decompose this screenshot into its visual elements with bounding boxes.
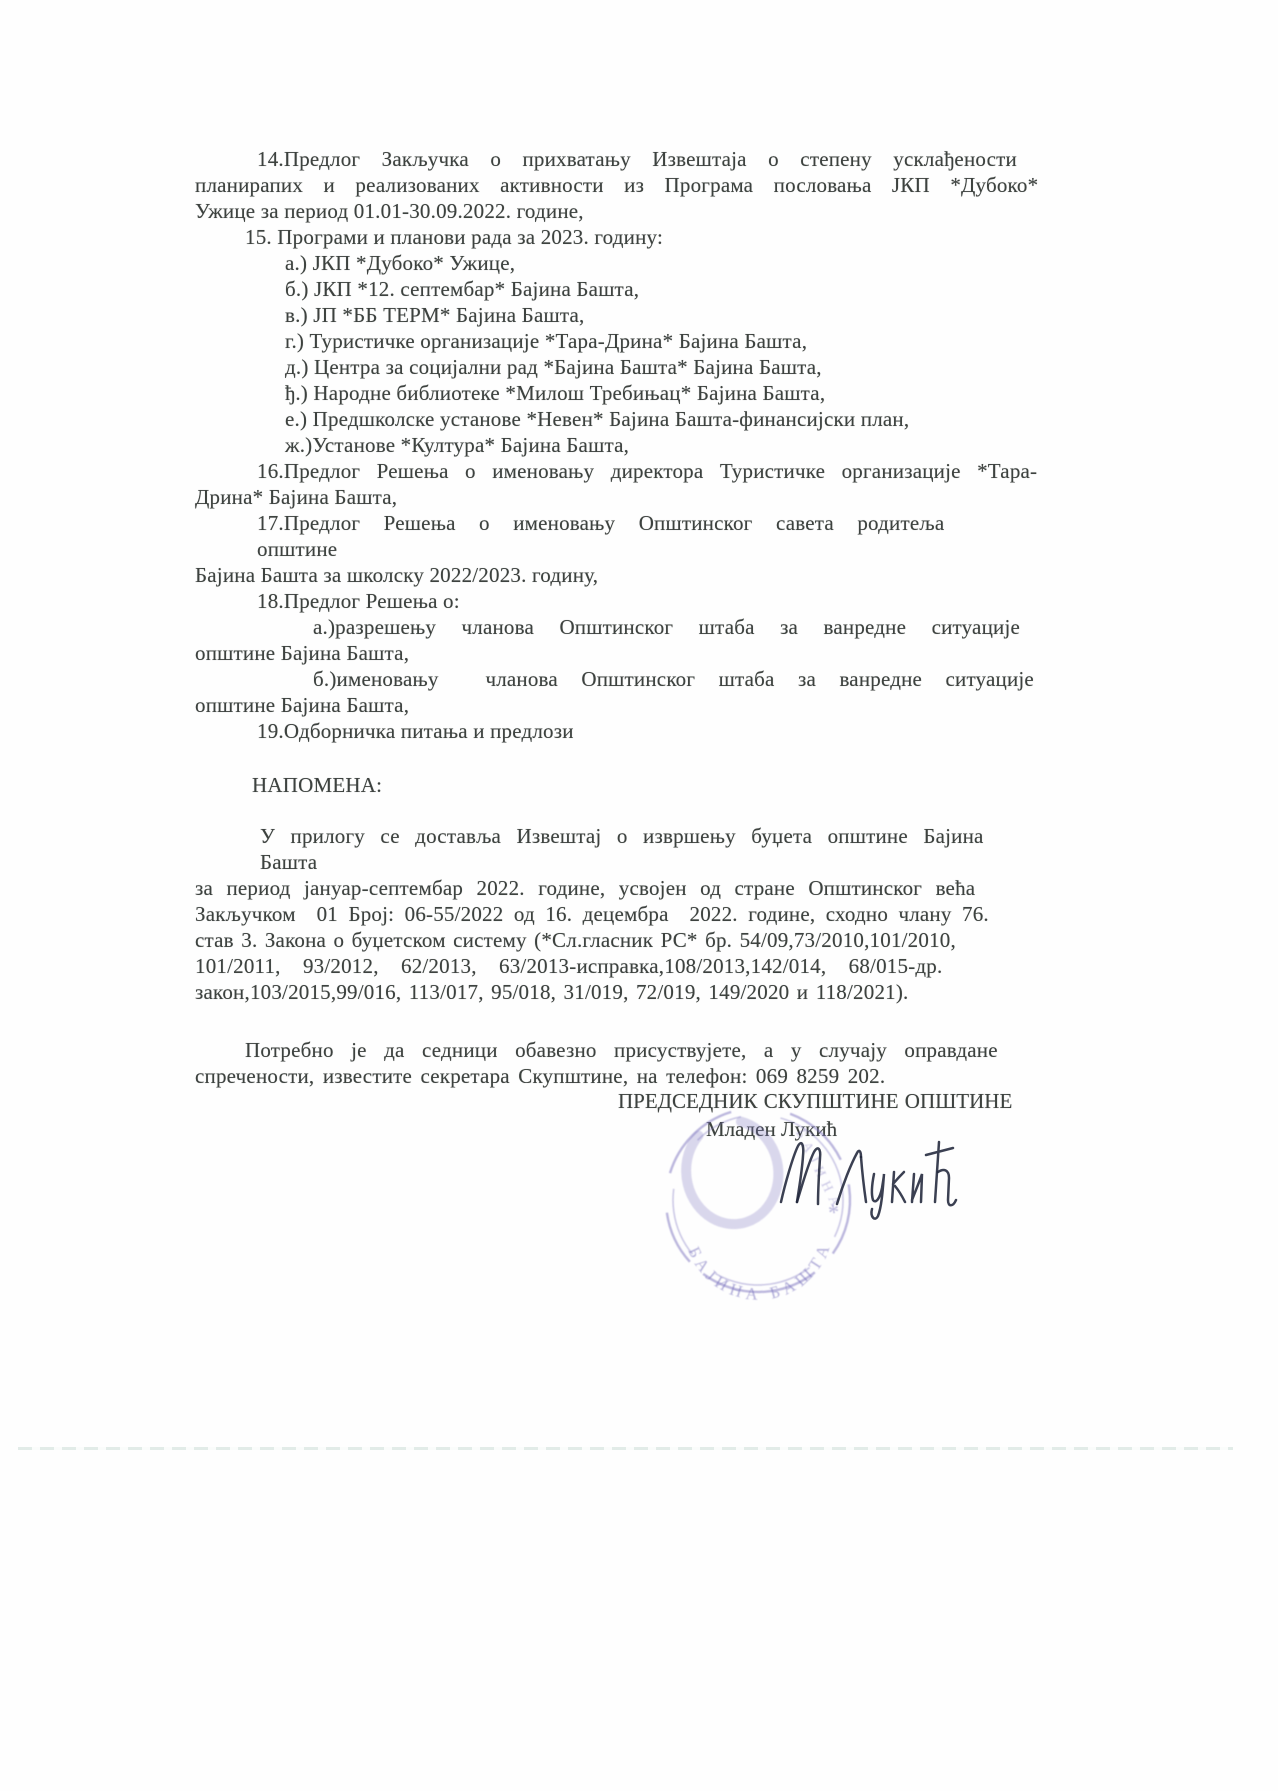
agenda-item-15d: д.) Центра за социјални рад *Бајина Башт… xyxy=(285,354,1040,380)
agenda-item-14-line-3: Ужице за период 01.01-30.09.2022. године… xyxy=(195,198,1040,224)
scanned-document-page: 14.Предлог Закључка о прихватању Извешта… xyxy=(0,0,1278,1791)
agenda-item-18b-line-2: општине Бајина Башта, xyxy=(195,692,1040,718)
agenda-item-15: 15. Програми и планови рада за 2023. год… xyxy=(245,224,1040,250)
scan-artifact-line xyxy=(18,1447,1233,1450)
note-paragraph-line-2: за период јануар-септембар 2022. године,… xyxy=(195,875,1040,901)
agenda-item-16-line-1: 16.Предлог Решења о именовању директора … xyxy=(257,458,1040,484)
agenda-item-14-line-1: 14.Предлог Закључка о прихватању Извешта… xyxy=(257,146,1040,172)
note-heading: НАПОМЕНА: xyxy=(252,772,1040,798)
agenda-item-15dj: ђ.) Народне библиотеке *Милош Требињац* … xyxy=(285,380,1040,406)
agenda-item-18a-line-1: а.)разрешењу чланова Општинског штаба за… xyxy=(313,614,1040,640)
document-body: 14.Предлог Закључка о прихватању Извешта… xyxy=(195,146,1040,1089)
agenda-item-14-line-2: планирапих и реализованих активности из … xyxy=(195,172,1040,198)
agenda-item-15b: б.) ЈКП *12. септембар* Бајина Башта, xyxy=(285,276,1040,302)
agenda-item-18: 18.Предлог Решења о: xyxy=(257,588,1040,614)
note-paragraph-line-5: 101/2011, 93/2012, 62/2013, 63/2013-испр… xyxy=(195,953,1040,979)
agenda-item-16-line-2: Дрина* Бајина Башта, xyxy=(195,484,1040,510)
agenda-item-17-line-2: Бајина Башта за школску 2022/2023. годин… xyxy=(195,562,1040,588)
agenda-item-17-line-1: 17.Предлог Решења о именовању Општинског… xyxy=(257,510,1040,562)
agenda-item-15a: а.) ЈКП *Дубоко* Ужице, xyxy=(285,250,1040,276)
handwritten-signature xyxy=(775,1122,965,1222)
note-paragraph-line-4: став 3. Закона о буџетском систему (*Сл.… xyxy=(195,927,1040,953)
agenda-item-18a-line-2: општине Бајина Башта, xyxy=(195,640,1040,666)
stamp-arc-text: БАЈИНА БАШТА xyxy=(684,1225,842,1303)
note-paragraph-line-1: У прилогу се доставља Извештај о извршењ… xyxy=(260,823,1040,875)
attendance-paragraph-line-1: Потребно је да седници обавезно присуств… xyxy=(245,1037,1040,1063)
agenda-item-19: 19.Одборничка питања и предлози xyxy=(257,718,1040,744)
note-paragraph-line-3: Закључком 01 Број: 06-55/2022 од 16. дец… xyxy=(195,901,1040,927)
agenda-item-18b-line-1: б.)именовању чланова Општинског штаба за… xyxy=(313,666,1040,692)
agenda-item-15v: в.) ЈП *ББ ТЕРМ* Бајина Башта, xyxy=(285,302,1040,328)
attendance-paragraph-line-2: спречености, известите секретара Скупшти… xyxy=(195,1063,1040,1089)
agenda-item-15e: е.) Предшколске установе *Невен* Бајина … xyxy=(285,406,1040,432)
agenda-item-15g: г.) Туристичке организације *Тара-Дрина*… xyxy=(285,328,1040,354)
note-paragraph-line-6: закон,103/2015,99/016, 113/017, 95/018, … xyxy=(195,979,1040,1005)
agenda-item-15zh: ж.)Установе *Култура* Бајина Башта, xyxy=(285,432,1040,458)
